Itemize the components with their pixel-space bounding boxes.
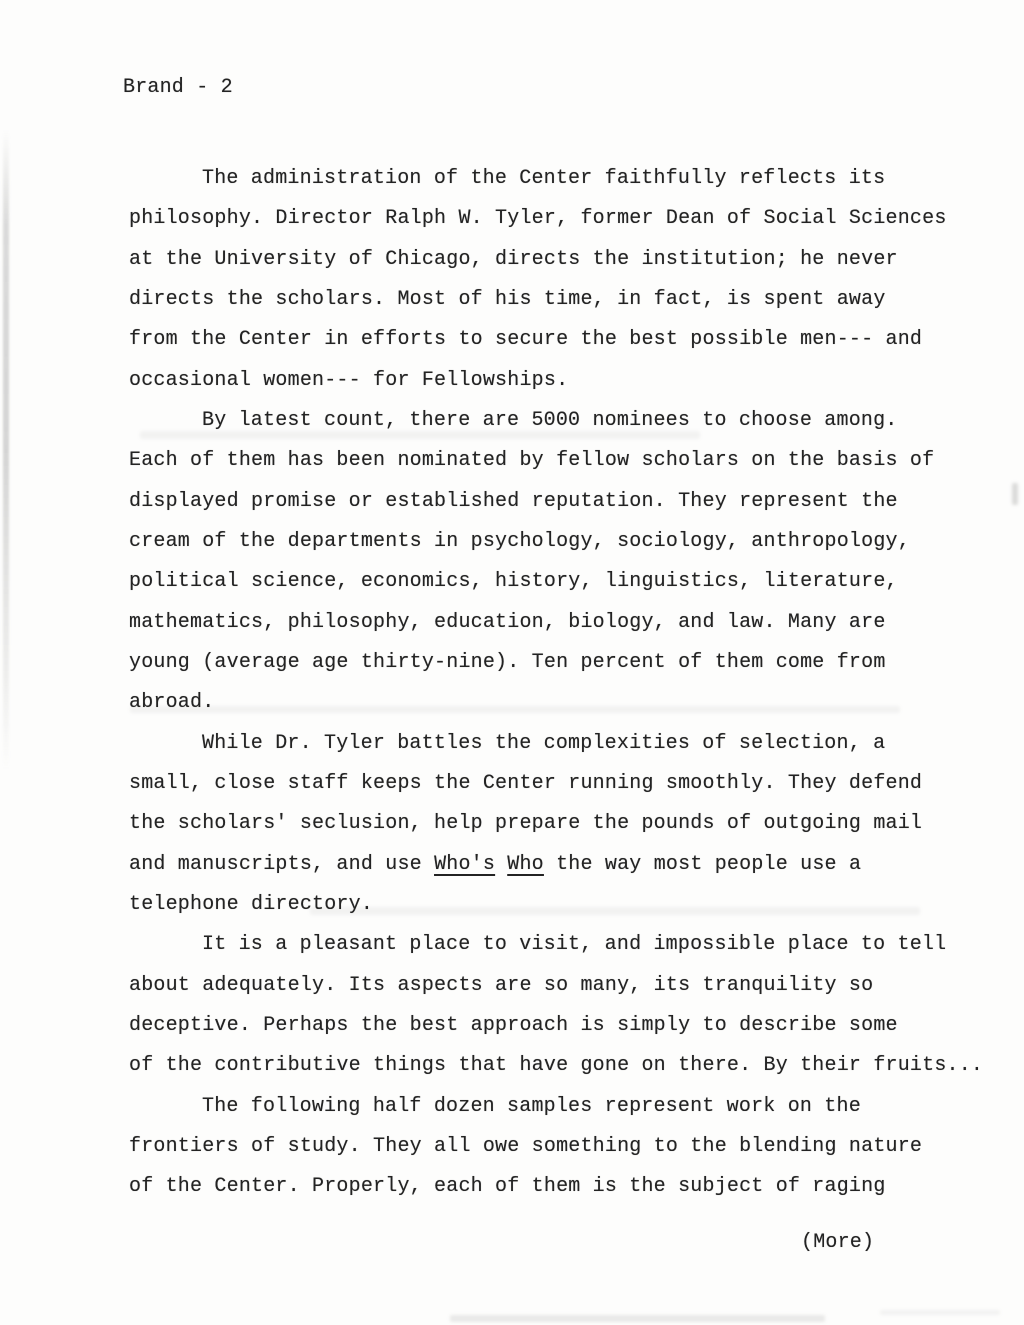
text-line: at the University of Chicago, directs th… [129, 240, 989, 280]
text-line: By latest count, there are 5000 nominees… [129, 401, 989, 441]
underlined-title-who: Who [507, 853, 544, 876]
text-line: of the Center. Properly, each of them is… [129, 1167, 989, 1207]
scan-smudge [880, 1310, 1000, 1315]
scanned-document-page: Brand - 2 The administration of the Cent… [0, 0, 1024, 1325]
text-line: displayed promise or established reputat… [129, 482, 989, 522]
text-line: The administration of the Center faithfu… [129, 159, 989, 199]
text-segment [495, 853, 507, 876]
text-segment: the way most people use a [544, 853, 861, 876]
text-line: of the contributive things that have gon… [129, 1046, 989, 1086]
scan-smudge [1012, 483, 1018, 505]
text-line: abroad. [129, 683, 989, 723]
text-line: It is a pleasant place to visit, and imp… [129, 925, 989, 965]
text-line: from the Center in efforts to secure the… [129, 320, 989, 360]
text-line: philosophy. Director Ralph W. Tyler, for… [129, 199, 989, 239]
underlined-title-whos: Who's [434, 853, 495, 876]
scan-artifact-left-streak [3, 130, 9, 770]
text-line: the scholars' seclusion, help prepare th… [129, 804, 989, 844]
text-line: directs the scholars. Most of his time, … [129, 280, 989, 320]
document-body: The administration of the Center faithfu… [129, 159, 989, 1208]
text-line: mathematics, philosophy, education, biol… [129, 603, 989, 643]
text-line: small, close staff keeps the Center runn… [129, 764, 989, 804]
text-line: young (average age thirty-nine). Ten per… [129, 643, 989, 683]
text-line: cream of the departments in psychology, … [129, 522, 989, 562]
text-segment: and manuscripts, and use [129, 853, 434, 876]
scan-smudge [450, 1315, 825, 1322]
text-line: frontiers of study. They all owe somethi… [129, 1127, 989, 1167]
page-header: Brand - 2 [123, 76, 233, 99]
text-line: The following half dozen samples represe… [129, 1087, 989, 1127]
text-line: political science, economics, history, l… [129, 562, 989, 602]
text-line-whos-who: and manuscripts, and use Who's Who the w… [129, 845, 989, 885]
text-line: occasional women--- for Fellowships. [129, 361, 989, 401]
continuation-marker: (More) [801, 1230, 874, 1256]
text-line: deceptive. Perhaps the best approach is … [129, 1006, 989, 1046]
text-line: telephone directory. [129, 885, 989, 925]
text-line: Each of them has been nominated by fello… [129, 441, 989, 481]
text-line: about adequately. Its aspects are so man… [129, 966, 989, 1006]
text-line: While Dr. Tyler battles the complexities… [129, 724, 989, 764]
